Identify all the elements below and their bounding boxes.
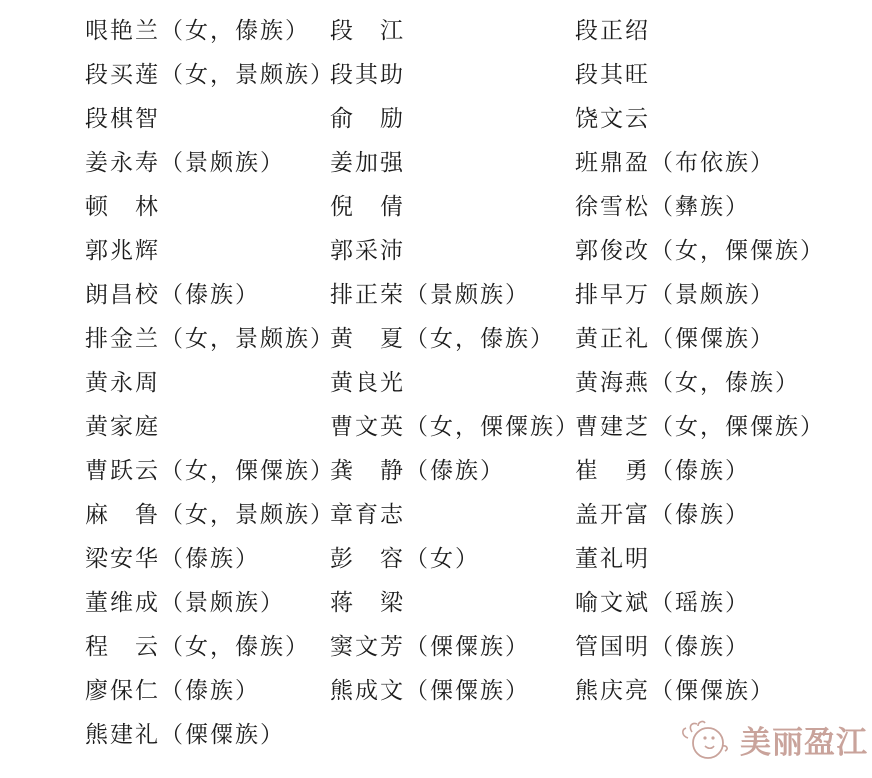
name-row: 黄家庭 曹文英（女，傈僳族） 曹建芝（女，傈僳族） <box>85 404 872 448</box>
name-cell: 黄家庭 <box>85 415 330 438</box>
name-cell: 熊建礼（傈僳族） <box>85 723 330 746</box>
name-row: 董维成（景颇族） 蒋 梁 喻文斌（瑶族） <box>85 580 872 624</box>
name-cell: 班鼎盈（布依族） <box>575 151 872 174</box>
name-cell: 徐雪松（彝族） <box>575 195 872 218</box>
name-cell: 朗昌校（傣族） <box>85 283 330 306</box>
name-cell: 段棋智 <box>85 107 330 130</box>
name-cell: 哏艳兰（女，傣族） <box>85 19 330 42</box>
name-cell: 姜加强 <box>330 151 575 174</box>
name-row: 哏艳兰（女，傣族） 段 江 段正绍 <box>85 8 872 52</box>
name-cell: 俞 励 <box>330 107 575 130</box>
name-cell: 郭采沛 <box>330 239 575 262</box>
name-cell: 黄良光 <box>330 371 575 394</box>
name-cell: 管国明（傣族） <box>575 635 872 658</box>
name-row: 曹跃云（女，傈僳族） 龚 静（傣族） 崔 勇（傣族） <box>85 448 872 492</box>
name-cell: 窦文芳（傈僳族） <box>330 635 575 658</box>
name-cell: 段买莲（女，景颇族） <box>85 63 330 86</box>
name-cell: 段其旺 <box>575 63 872 86</box>
name-cell: 盖开富（傣族） <box>575 503 872 526</box>
name-cell: 郭兆辉 <box>85 239 330 262</box>
name-list: 哏艳兰（女，傣族） 段 江 段正绍 段买莲（女，景颇族） 段其助 段其旺 段棋智… <box>85 8 872 756</box>
name-cell: 龚 静（傣族） <box>330 459 575 482</box>
name-cell: 曹文英（女，傈僳族） <box>330 415 575 438</box>
name-cell: 黄正礼（傈僳族） <box>575 327 872 350</box>
name-cell: 黄 夏（女，傣族） <box>330 327 575 350</box>
name-cell: 董维成（景颇族） <box>85 591 330 614</box>
name-cell: 章育志 <box>330 503 575 526</box>
name-row: 姜永寿（景颇族） 姜加强 班鼎盈（布依族） <box>85 140 872 184</box>
name-row: 程 云（女，傣族） 窦文芳（傈僳族） 管国明（傣族） <box>85 624 872 668</box>
name-cell: 郭俊改（女，傈僳族） <box>575 239 872 262</box>
name-cell: 蒋 梁 <box>330 591 575 614</box>
name-row: 排金兰（女，景颇族） 黄 夏（女，傣族） 黄正礼（傈僳族） <box>85 316 872 360</box>
name-cell: 董礼明 <box>575 547 872 570</box>
name-row: 顿 林 倪 倩 徐雪松（彝族） <box>85 184 872 228</box>
name-cell: 梁安华（傣族） <box>85 547 330 570</box>
name-cell: 彭 容（女） <box>330 547 575 570</box>
mascot-bird-icon <box>678 718 736 766</box>
name-cell: 喻文斌（瑶族） <box>575 591 872 614</box>
name-cell: 程 云（女，傣族） <box>85 635 330 658</box>
name-row: 黄永周 黄良光 黄海燕（女，傣族） <box>85 360 872 404</box>
watermark-text: 美丽盈江 <box>740 727 868 758</box>
name-row: 段棋智 俞 励 饶文云 <box>85 96 872 140</box>
name-cell: 排早万（景颇族） <box>575 283 872 306</box>
name-cell: 排金兰（女，景颇族） <box>85 327 330 350</box>
name-row: 麻 鲁（女，景颇族） 章育志 盖开富（傣族） <box>85 492 872 536</box>
name-cell: 曹建芝（女，傈僳族） <box>575 415 872 438</box>
name-cell: 崔 勇（傣族） <box>575 459 872 482</box>
name-cell: 段 江 <box>330 19 575 42</box>
name-cell: 顿 林 <box>85 195 330 218</box>
name-cell: 饶文云 <box>575 107 872 130</box>
name-cell: 段正绍 <box>575 19 872 42</box>
name-row: 郭兆辉 郭采沛 郭俊改（女，傈僳族） <box>85 228 872 272</box>
watermark: 美丽盈江 <box>678 718 868 766</box>
name-cell: 熊庆亮（傈僳族） <box>575 679 872 702</box>
name-row: 朗昌校（傣族） 排正荣（景颇族） 排早万（景颇族） <box>85 272 872 316</box>
name-cell: 麻 鲁（女，景颇族） <box>85 503 330 526</box>
name-row: 段买莲（女，景颇族） 段其助 段其旺 <box>85 52 872 96</box>
name-row: 梁安华（傣族） 彭 容（女） 董礼明 <box>85 536 872 580</box>
name-cell: 排正荣（景颇族） <box>330 283 575 306</box>
name-row: 廖保仁（傣族） 熊成文（傈僳族） 熊庆亮（傈僳族） <box>85 668 872 712</box>
name-cell: 姜永寿（景颇族） <box>85 151 330 174</box>
name-cell: 曹跃云（女，傈僳族） <box>85 459 330 482</box>
name-cell: 黄永周 <box>85 371 330 394</box>
name-cell: 熊成文（傈僳族） <box>330 679 575 702</box>
name-cell: 倪 倩 <box>330 195 575 218</box>
name-cell: 廖保仁（傣族） <box>85 679 330 702</box>
name-cell: 黄海燕（女，傣族） <box>575 371 872 394</box>
name-cell: 段其助 <box>330 63 575 86</box>
